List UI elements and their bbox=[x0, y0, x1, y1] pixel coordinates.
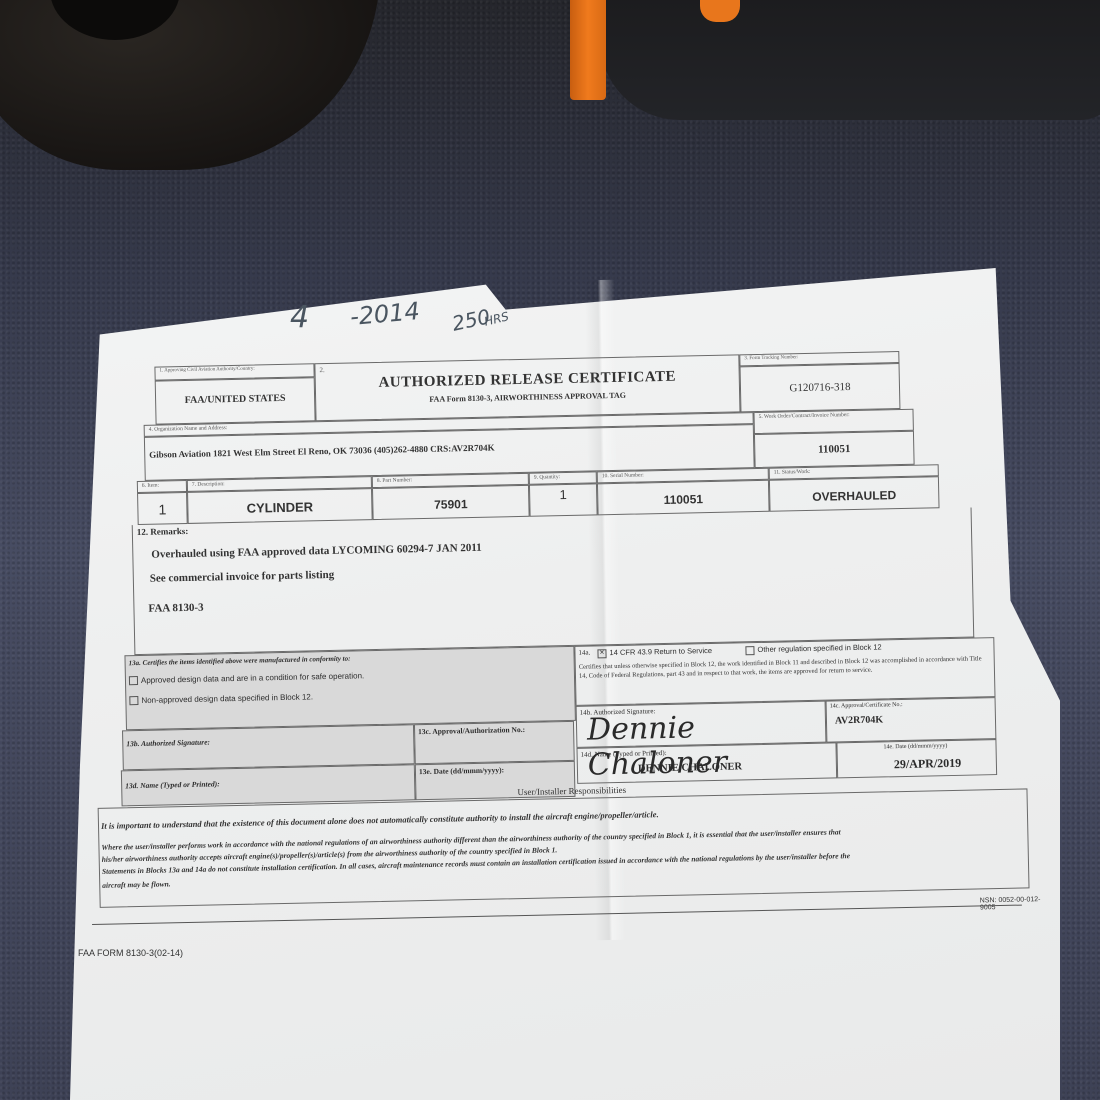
orange-bracket bbox=[570, 0, 606, 100]
block4-value: Gibson Aviation 1821 West Elm Street El … bbox=[149, 443, 494, 460]
block3-cell: G120716-318 bbox=[740, 363, 901, 412]
description-cell: CYLINDER bbox=[187, 488, 373, 524]
serial-header-label: 10. Serial Number: bbox=[602, 472, 644, 479]
responsibility-line-5: aircraft may be flown. bbox=[102, 879, 171, 889]
engine-part-background bbox=[0, 0, 380, 170]
block14a-option-2-label: Other regulation specified in Block 12 bbox=[757, 642, 881, 654]
block14a-option-1[interactable]: ✕14 CFR 43.9 Return to Service bbox=[597, 646, 712, 658]
block14d-value: DENNIE CHALONER bbox=[638, 761, 742, 774]
responsibilities-title: User/Installer Responsibilities bbox=[517, 785, 626, 797]
status-value: OVERHAULED bbox=[770, 487, 938, 505]
block2-label: 2. bbox=[319, 366, 324, 374]
block13b-cell: 13b. Authorized Signature: bbox=[122, 724, 415, 770]
quantity-header-label: 9. Quantity: bbox=[534, 474, 560, 481]
block3-value: G120716-318 bbox=[741, 380, 899, 395]
block13a-label: 13a. Certifies the items identified abov… bbox=[129, 655, 351, 668]
remark-line-3: FAA 8130-3 bbox=[148, 602, 203, 615]
block2-cell: 2. AUTHORIZED RELEASE CERTIFICATE FAA Fo… bbox=[314, 354, 740, 421]
quantity-value: 1 bbox=[530, 486, 596, 502]
block5-cell: 110051 bbox=[754, 431, 915, 468]
part-number-cell: 75901 bbox=[372, 485, 530, 520]
block5-label: 5. Work Order/Contract/Invoice Number: bbox=[759, 411, 899, 420]
block14a-label: 14a. bbox=[578, 649, 590, 657]
quantity-cell: 1 bbox=[529, 483, 598, 516]
serial-cell: 110051 bbox=[597, 480, 770, 516]
remark-line-2: See commercial invoice for parts listing bbox=[150, 569, 335, 585]
block3-label: 3. Form Tracking Number: bbox=[744, 355, 798, 361]
block14e-cell: 14e. Date (dd/mmm/yyyy) 29/APR/2019 bbox=[836, 739, 997, 778]
block13d-label: 13d. Name (Typed or Printed): bbox=[125, 779, 220, 790]
block14c-cell: 14c. Approval/Certificate No.: AV2R704K bbox=[826, 697, 997, 743]
serial-value: 110051 bbox=[598, 491, 768, 509]
block1-cell: FAA/UNITED STATES bbox=[155, 377, 316, 424]
block14c-label: 14c. Approval/Certificate No.: bbox=[830, 702, 903, 710]
block14e-value: 29/APR/2019 bbox=[894, 756, 962, 772]
block13a-option-2-label: Non-approved design data specified in Bl… bbox=[141, 692, 313, 705]
block14e-label: 14e. Date (dd/mmm/yyyy) bbox=[883, 743, 947, 750]
block14a-text: Certifies that unless otherwise specifie… bbox=[579, 654, 989, 681]
status-cell: OVERHAULED bbox=[769, 476, 940, 512]
checkbox-approved-design[interactable] bbox=[129, 676, 138, 685]
form-8130-3: 1. Approving Civil Aviation Authority/Co… bbox=[88, 328, 1050, 938]
block12-label: 12. Remarks: bbox=[137, 526, 189, 537]
block14a-option-2[interactable]: Other regulation specified in Block 12 bbox=[745, 642, 881, 654]
block13a-option-2[interactable]: Non-approved design data specified in Bl… bbox=[129, 692, 313, 705]
block13a-option-1-label: Approved design data and are in a condit… bbox=[141, 671, 364, 685]
status-header-label: 11. Status/Work: bbox=[774, 469, 811, 476]
responsibility-line-1: It is important to understand that the e… bbox=[101, 809, 659, 831]
block1-value: FAA/UNITED STATES bbox=[156, 392, 314, 406]
block13c-cell: 13c. Approval/Authorization No.: bbox=[414, 721, 575, 764]
block13a-option-1[interactable]: Approved design data and are in a condit… bbox=[129, 671, 364, 685]
part-number-value: 75901 bbox=[373, 496, 528, 513]
responsibilities-cell: It is important to understand that the e… bbox=[98, 788, 1030, 907]
block14d-cell: 14d. Name (Typed or Printed): DENNIE CHA… bbox=[576, 742, 837, 783]
checkbox-other-regulation[interactable] bbox=[745, 646, 754, 655]
block1-label: 1. Approving Civil Aviation Authority/Co… bbox=[159, 367, 254, 374]
block12-cell: 12. Remarks: Overhauled using FAA approv… bbox=[132, 508, 975, 656]
checkbox-14cfr-43-9[interactable]: ✕ bbox=[597, 649, 606, 658]
block13c-label: 13c. Approval/Authorization No.: bbox=[418, 725, 525, 736]
block13a-cell: 13a. Certifies the items identified abov… bbox=[124, 646, 575, 730]
item-header-label: 6. Item: bbox=[142, 483, 159, 489]
checkbox-non-approved-design[interactable] bbox=[129, 696, 138, 705]
part-number-header-label: 8. Part Number: bbox=[377, 477, 412, 484]
remark-line-1: Overhauled using FAA approved data LYCOM… bbox=[151, 542, 482, 561]
dark-object-background bbox=[600, 0, 1100, 120]
block5-value: 110051 bbox=[755, 442, 913, 457]
description-header-label: 7. Description: bbox=[192, 481, 225, 488]
handwritten-month: 4 bbox=[290, 300, 309, 335]
description-value: CYLINDER bbox=[188, 498, 371, 517]
block13d-cell: 13d. Name (Typed or Printed): bbox=[121, 764, 416, 806]
block14d-label: 14d. Name (Typed or Printed): bbox=[581, 749, 667, 759]
block4-label: 4. Organization Name and Address: bbox=[149, 425, 228, 433]
block13b-label: 13b. Authorized Signature: bbox=[126, 738, 210, 749]
item-cell: 1 bbox=[137, 492, 188, 525]
form-number: FAA FORM 8130-3(02-14) bbox=[78, 948, 183, 958]
engine-hole bbox=[50, 0, 180, 40]
item-header: 6. Item: bbox=[137, 480, 187, 493]
block14c-value: AV2R704K bbox=[835, 714, 883, 726]
block14a-option-1-label: 14 CFR 43.9 Return to Service bbox=[609, 646, 712, 657]
block14a-cell: 14a. ✕14 CFR 43.9 Return to Service Othe… bbox=[574, 637, 995, 706]
item-value: 1 bbox=[138, 501, 186, 518]
block14b-cell: 14b. Authorized Signature: Dennie Chalon… bbox=[576, 701, 827, 748]
block13e-label: 13e. Date (dd/mmm/yyyy): bbox=[419, 765, 504, 776]
